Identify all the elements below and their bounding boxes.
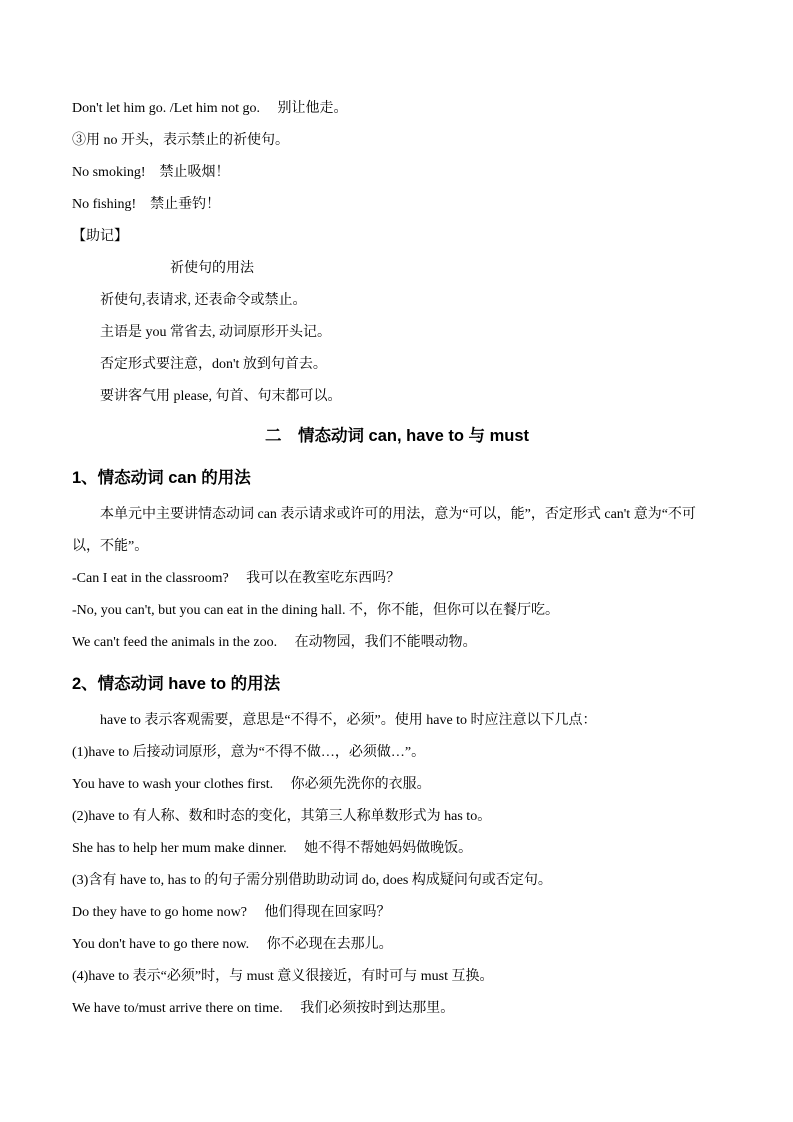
mnemonic-line: 要讲客气用 please, 句首、句末都可以。	[72, 381, 722, 413]
subsection-heading-can: 1、情态动词 can 的用法	[72, 461, 722, 495]
imperative-example-line: No fishing! 禁止垂钓！	[72, 189, 722, 221]
have-to-example-line: You have to wash your clothes first. 你必须…	[72, 769, 722, 801]
imperative-example-line: Don't let him go. /Let him not go. 别让他走。	[72, 93, 722, 125]
have-to-point-line: (4)have to 表示“必须”时，与 must 意义很接近，有时可与 mus…	[72, 961, 722, 993]
mnemonic-line: 否定形式要注意，don't 放到句首去。	[72, 349, 722, 381]
have-to-point-line: (3)含有 have to, has to 的句子需分别借助助动词 do, do…	[72, 865, 722, 897]
imperative-rule-line: ③用 no 开头，表示禁止的祈使句。	[72, 125, 722, 157]
mnemonic-title: 祈使句的用法	[72, 253, 722, 285]
can-intro-paragraph: 本单元中主要讲情态动词 can 表示请求或许可的用法，意为“可以，能”，否定形式…	[72, 499, 722, 563]
can-example-line: -Can I eat in the classroom? 我可以在教室吃东西吗？	[72, 563, 722, 595]
document-page: Don't let him go. /Let him not go. 别让他走。…	[0, 0, 793, 1122]
have-to-example-line: You don't have to go there now. 你不必现在去那儿…	[72, 929, 722, 961]
section-title-modal-verbs: 二 情态动词 can, have to 与 must	[72, 419, 722, 453]
have-to-example-line: Do they have to go home now? 他们得现在回家吗？	[72, 897, 722, 929]
have-to-point-line: (2)have to 有人称、数和时态的变化，其第三人称单数形式为 has to…	[72, 801, 722, 833]
mnemonic-label: 【助记】	[72, 221, 722, 253]
mnemonic-line: 主语是 you 常省去, 动词原形开头记。	[72, 317, 722, 349]
have-to-example-line: We have to/must arrive there on time. 我们…	[72, 993, 722, 1025]
imperative-example-line: No smoking! 禁止吸烟！	[72, 157, 722, 189]
subsection-heading-have-to: 2、情态动词 have to 的用法	[72, 667, 722, 701]
have-to-intro-paragraph: have to 表示客观需要，意思是“不得不，必须”。使用 have to 时应…	[72, 705, 722, 737]
can-example-line: We can't feed the animals in the zoo. 在动…	[72, 627, 722, 659]
can-example-line: -No, you can't, but you can eat in the d…	[72, 595, 722, 627]
have-to-example-line: She has to help her mum make dinner. 她不得…	[72, 833, 722, 865]
have-to-point-line: (1)have to 后接动词原形，意为“不得不做…，必须做…”。	[72, 737, 722, 769]
mnemonic-line: 祈使句,表请求, 还表命令或禁止。	[72, 285, 722, 317]
